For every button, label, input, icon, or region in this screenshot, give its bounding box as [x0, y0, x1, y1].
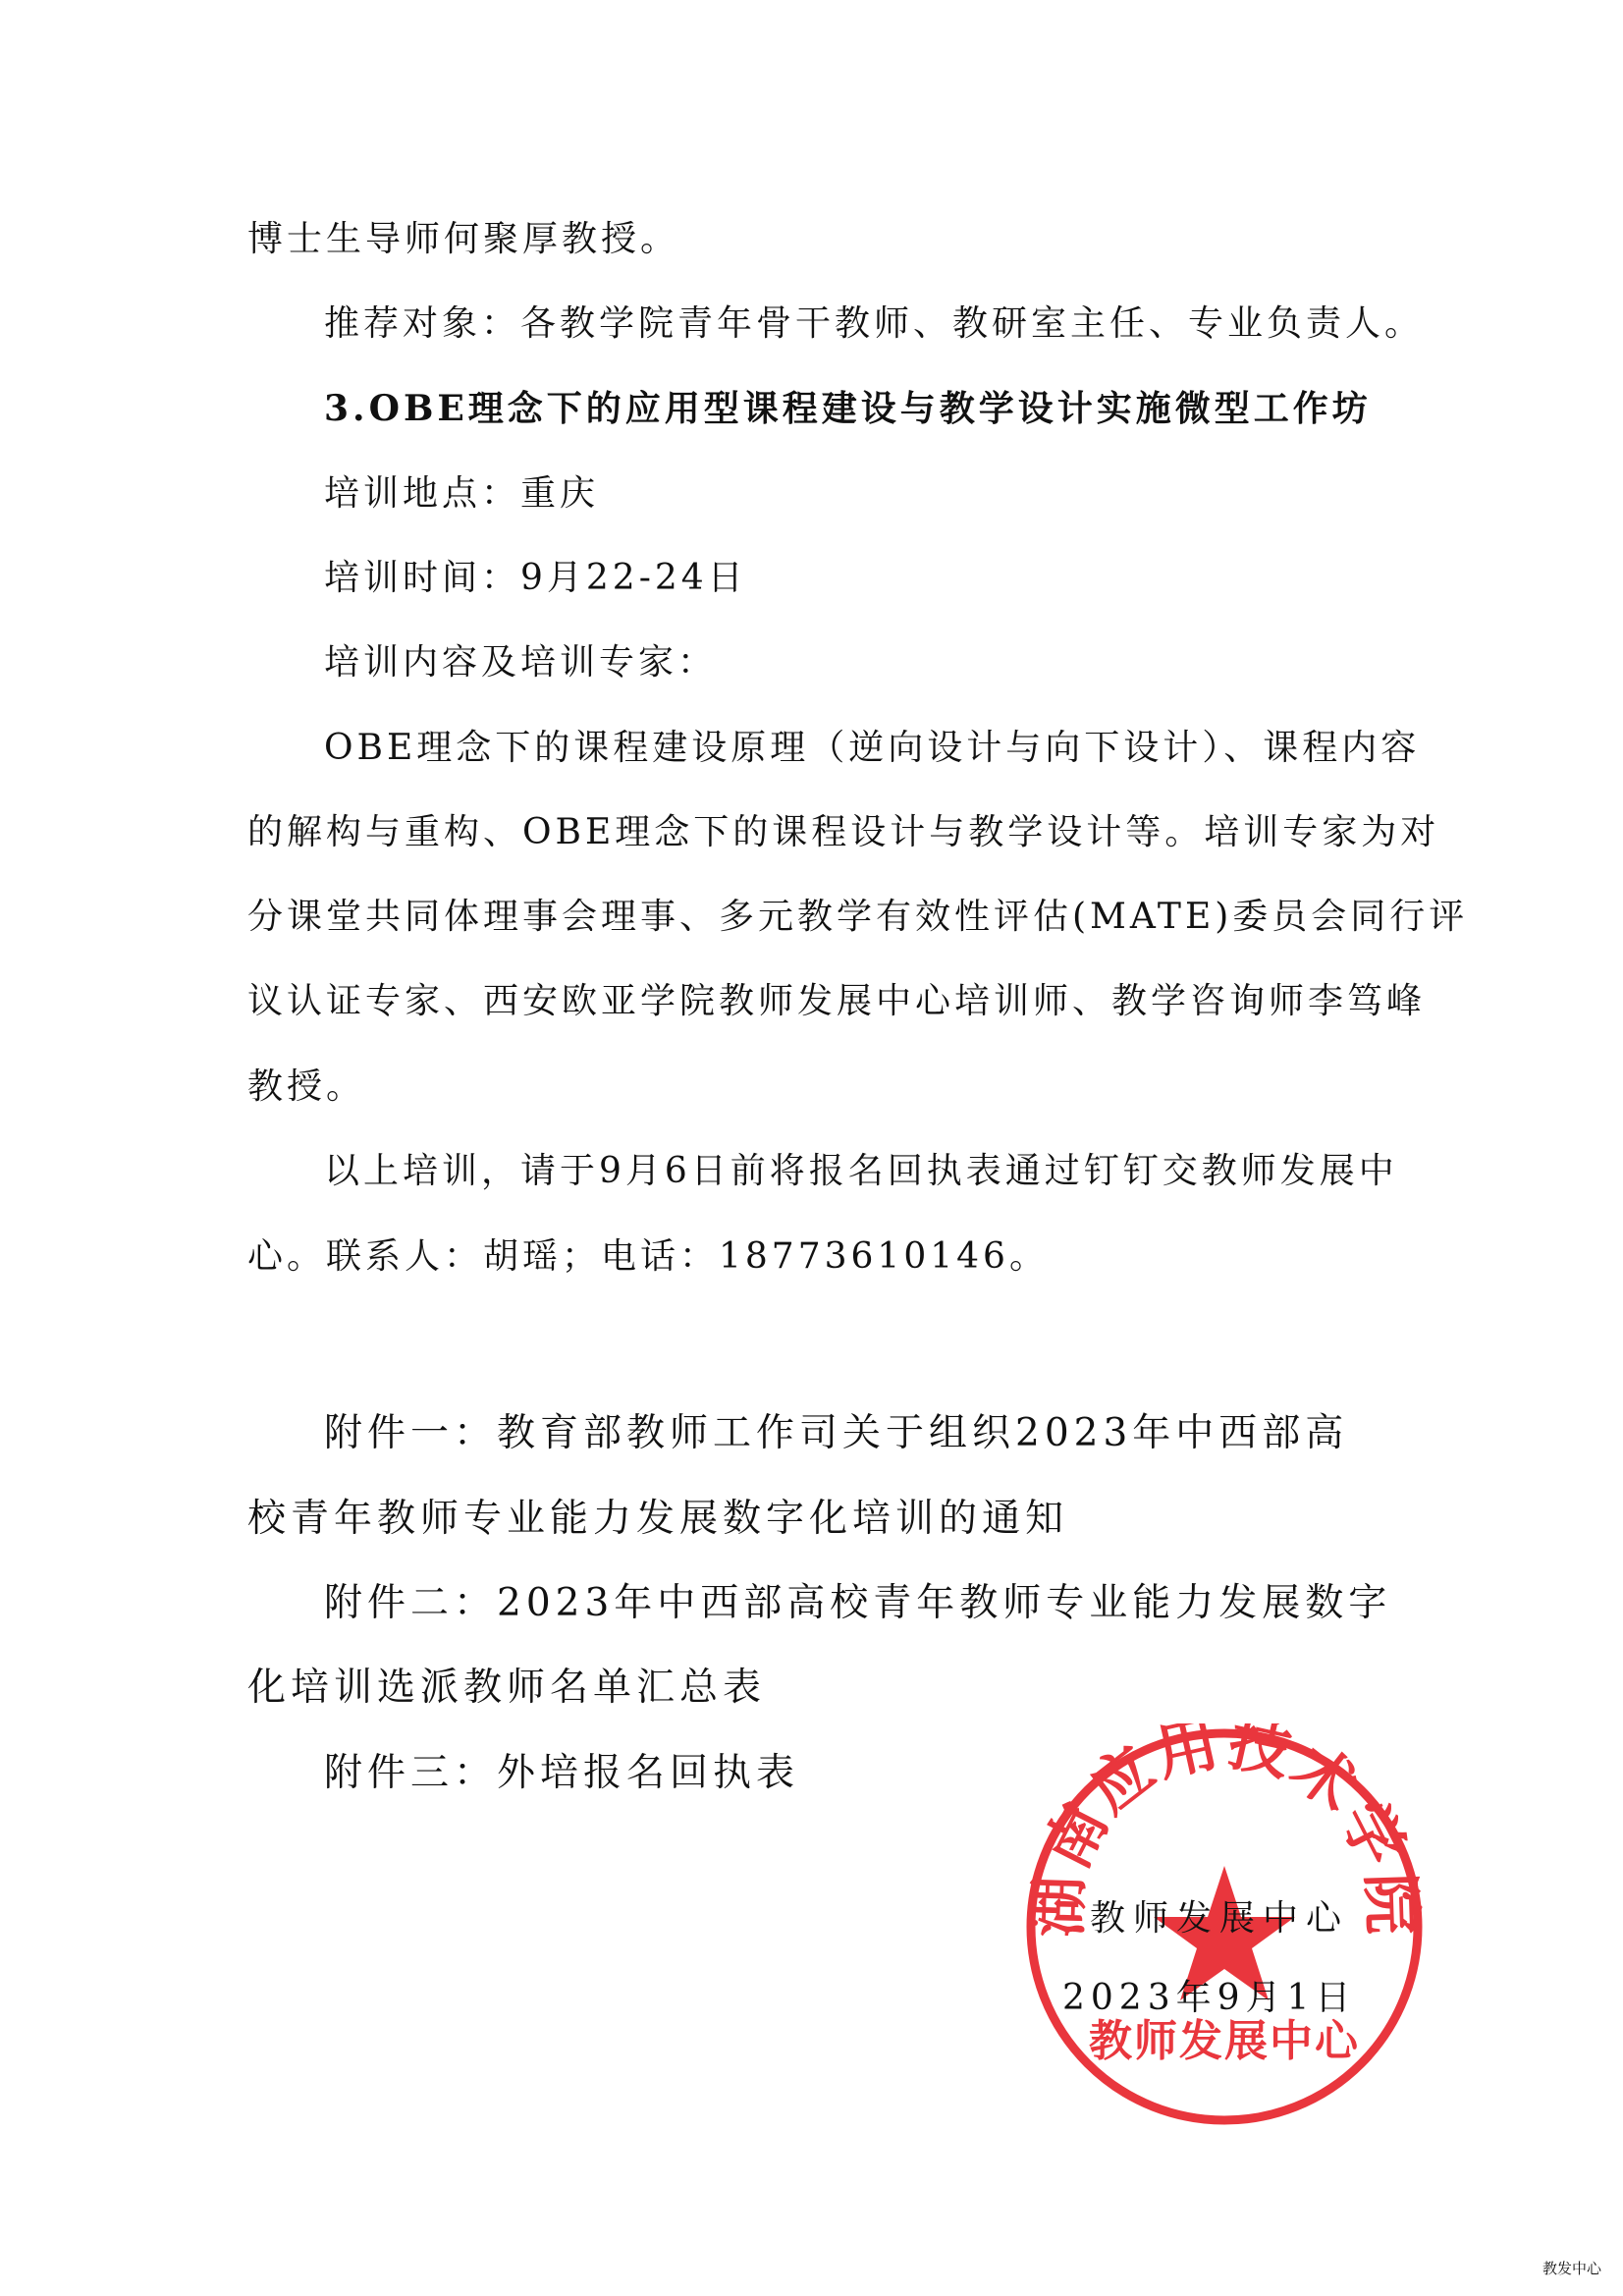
- document-page: 博士生导师何聚厚教授。 推荐对象：各教学院青年骨干教师、教研室主任、专业负责人。…: [0, 0, 1623, 2296]
- attachment-2: 附件二：2023年中西部高校青年教师专业能力发展数字: [324, 1582, 1391, 1625]
- training-content-label: 培训内容及培训专家：: [324, 641, 717, 684]
- svg-text:教师发展中心: 教师发展中心: [1089, 2016, 1360, 2066]
- training-content-text: 分课堂共同体理事会理事、多元教学有效性评估(MATE)委员会同行评: [247, 896, 1468, 939]
- attachment-1: 附件一：教育部教师工作司关于组织2023年中西部高: [324, 1412, 1348, 1455]
- section-heading: 3.OBE理念下的应用型课程建设与教学设计实施微型工作坊: [324, 387, 1372, 430]
- training-content-text: 议认证专家、西安欧亚学院教师发展中心培训师、教学咨询师李笃峰: [247, 980, 1426, 1023]
- paragraph-text: 博士生导师何聚厚教授。: [247, 218, 679, 261]
- footer-mark: 教发中心: [1542, 2258, 1601, 2278]
- paragraph-recommended-targets: 推荐对象：各教学院青年骨干教师、教研室主任、专业负责人。: [324, 302, 1424, 346]
- training-content-text: 教授。: [247, 1066, 365, 1109]
- attachment-3: 附件三：外培报名回执表: [324, 1752, 799, 1795]
- signature-date: 2023年9月1日: [1062, 1970, 1356, 2020]
- signature-org: 教师发展中心: [1090, 1890, 1349, 1941]
- training-content-text: OBE理念下的课程建设原理（逆向设计与向下设计）、课程内容: [324, 727, 1420, 770]
- training-time: 培训时间：9月22-24日: [324, 557, 747, 600]
- attachment-2-cont: 化培训选派教师名单汇总表: [247, 1667, 766, 1710]
- training-location: 培训地点：重庆: [324, 472, 599, 516]
- contact-info: 心。联系人：胡瑶；电话：18773610146。: [247, 1235, 1049, 1279]
- attachment-1-cont: 校青年教师专业能力发展数字化培训的通知: [247, 1498, 1068, 1541]
- training-content-text: 的解构与重构、OBE理念下的课程设计与教学设计等。培训专家为对: [247, 811, 1439, 854]
- registration-note: 以上培训，请于9月6日前将报名回执表通过钉钉交教师发展中: [324, 1150, 1398, 1193]
